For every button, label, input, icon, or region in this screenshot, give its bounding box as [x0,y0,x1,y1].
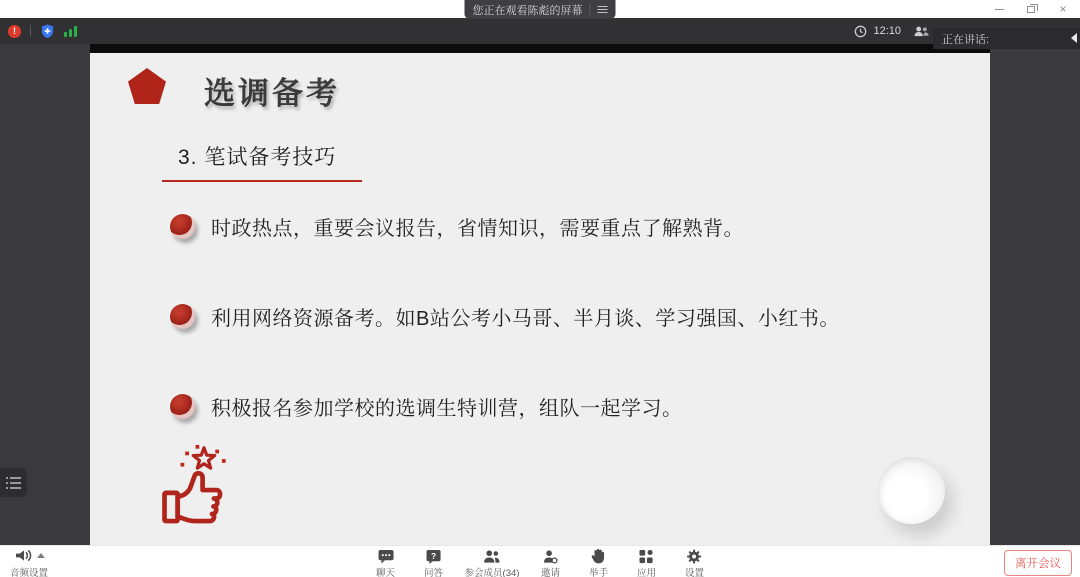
pill-divider [590,4,591,15]
pentagon-bullet-icon [128,68,166,104]
close-button[interactable]: × [1056,2,1070,16]
invite-icon [542,549,559,564]
chevron-up-icon[interactable] [37,553,45,558]
presentation-slide: 选调备考 3. 笔试备考技巧 时政热点，重要会议报告，省情知识，需要重点了解熟背… [90,44,990,545]
bullet-text: 积极报名参加学校的选调生特训营，组队一起学习。 [211,392,683,421]
hamburger-icon[interactable] [598,6,608,13]
window-title-bar: 您正在观看陈彪的屏幕 × [0,0,1080,18]
meeting-toolbar: ! 12:10 [0,18,1080,44]
toolbar-button-qa[interactable]: ? 问答 [417,547,451,577]
audio-settings-label: 音频设置 [10,565,48,577]
bullet-item: 利用网络资源备考。如B站公考小马哥、半月谈、学习强国、小红书。 [170,302,840,331]
security-shield-icon[interactable] [40,23,55,39]
member-list-icon [6,477,21,489]
toolbar-button-label: 问答 [424,565,443,577]
settings-icon [687,549,702,564]
meeting-info: 12:10 [854,18,930,44]
screen-watching-label: 您正在观看陈彪的屏幕 [473,2,583,18]
raise-hand-icon [591,548,606,564]
clock-icon [854,25,867,38]
apps-icon [639,549,654,564]
toolbar-button-label: 参会成员(34) [465,565,520,577]
bottom-toolbar: 音频设置 聊天 ? [0,545,1080,577]
collapse-arrow-icon[interactable] [1071,33,1077,43]
bullet-text: 利用网络资源备考。如B站公考小马哥、半月谈、学习强国、小红书。 [211,302,840,331]
sidebar-toggle[interactable] [0,468,27,497]
slide-top-strip [90,44,990,53]
subtitle-underline [162,180,362,182]
participants-icon [483,549,502,564]
qa-icon: ? [426,549,442,564]
speaker-icon [14,548,33,563]
audio-settings-button[interactable]: 音频设置 [10,547,48,577]
speaking-now-label: 正在讲话: [942,31,989,47]
chat-icon [377,549,394,564]
toolbar-button-settings[interactable]: 设置 [677,547,711,577]
toolbar-button-apps[interactable]: 应用 [629,547,663,577]
leave-meeting-button[interactable]: 离开会议 [1004,550,1072,576]
toolbar-button-label: 应用 [637,565,656,577]
meeting-time: 12:10 [873,25,901,37]
toolbar-button-label: 邀请 [541,565,560,577]
toolbar-button-participants[interactable]: 参会成员(34) [465,547,520,577]
toolbar-separator [30,25,31,37]
slide-subtitle: 3. 笔试备考技巧 [178,141,336,171]
svg-text:?: ? [431,551,436,561]
toolbar-button-invite[interactable]: 邀请 [533,547,567,577]
speaking-now-panel: 正在讲话: [933,28,1080,49]
toolbar-buttons: 聊天 ? 问答 [369,547,712,577]
red-sphere-bullet-icon [170,304,195,329]
alert-icon[interactable]: ! [8,25,21,38]
window-controls: × [992,0,1070,18]
thumbs-up-star-icon [156,444,252,538]
network-signal-icon[interactable] [64,25,77,37]
minimize-button[interactable] [992,2,1006,16]
decorative-sphere [878,457,945,524]
meeting-app-window: 您正在观看陈彪的屏幕 × ! [0,0,1080,577]
toolbar-button-chat[interactable]: 聊天 [369,547,403,577]
bullet-item: 时政热点，重要会议报告，省情知识，需要重点了解熟背。 [170,212,744,241]
participants-count-icon[interactable] [913,25,930,38]
toolbar-button-label: 举手 [589,565,608,577]
red-sphere-bullet-icon [170,214,195,239]
meeting-status-icons: ! [0,23,77,39]
screen-watching-pill: 您正在观看陈彪的屏幕 [465,0,616,19]
slide-title: 选调备考 [204,68,340,113]
toolbar-button-label: 聊天 [376,565,395,577]
maximize-button[interactable] [1024,2,1038,16]
toolbar-button-label: 设置 [685,565,704,577]
bullet-item: 积极报名参加学校的选调生特训营，组队一起学习。 [170,392,683,421]
toolbar-button-raise-hand[interactable]: 举手 [581,547,615,577]
red-sphere-bullet-icon [170,394,195,419]
bullet-text: 时政热点，重要会议报告，省情知识，需要重点了解熟背。 [211,212,744,241]
shared-screen-area: 选调备考 3. 笔试备考技巧 时政热点，重要会议报告，省情知识，需要重点了解熟背… [0,44,1080,545]
